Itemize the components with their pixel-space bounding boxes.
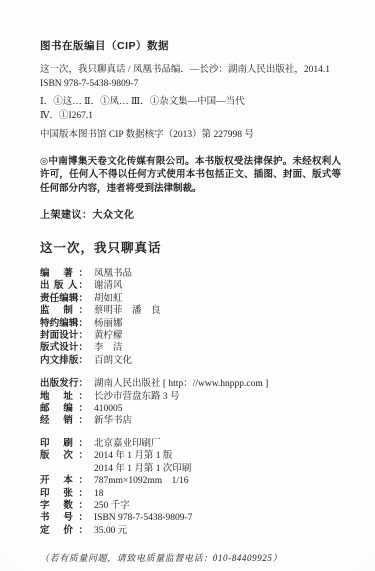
address-row: 地 址：长沙市营盘东路 3 号 bbox=[40, 391, 341, 403]
shelf-suggestion: 上架建议：大众文化 bbox=[40, 206, 341, 221]
price-label: 定 价： bbox=[40, 525, 88, 537]
printer-row: 印 刷：北京嘉业印刷厂 bbox=[40, 438, 341, 450]
publication-details: 编 著：凤凰书品 出 版 人：谢清风 责任编辑：胡如虹 监 制：蔡明菲 潘 良 … bbox=[40, 268, 341, 537]
contributing-editor-value: 杨丽娜 bbox=[94, 319, 123, 329]
cip-heading: 图书在版编目（CIP）数据 bbox=[40, 38, 341, 53]
address-value: 长沙市营盘东路 3 号 bbox=[94, 392, 180, 402]
edition-value: 2014 年 1 月第 1 版 bbox=[94, 451, 172, 461]
typesetting-row: 内文排版：百朗文化 bbox=[40, 355, 341, 367]
printing-run-value: 2014 年 1 月第 1 次印刷 bbox=[94, 464, 191, 474]
typesetting-value: 百朗文化 bbox=[94, 356, 132, 366]
isbn-value: ISBN 978-7-5438-9809-7 bbox=[94, 513, 192, 523]
cover-design-label: 封面设计： bbox=[40, 330, 88, 342]
word-count-label: 字 数： bbox=[40, 500, 88, 512]
distributor-label: 经 销： bbox=[40, 415, 88, 427]
book-colophon-page: 图书在版编目（CIP）数据 这一次，我只聊真话 / 凤凰书品编．—长沙：湖南人民… bbox=[0, 0, 375, 571]
contributing-editor-row: 特约编辑：杨丽娜 bbox=[40, 318, 341, 330]
responsible-editor-value: 胡如虹 bbox=[94, 294, 123, 304]
format-value: 787mm×1092mm 1/16 bbox=[94, 476, 189, 486]
price-row: 定 价：35.00 元 bbox=[40, 525, 341, 537]
distributor-value: 新华书店 bbox=[94, 416, 132, 426]
supervisor-row: 监 制：蔡明菲 潘 良 bbox=[40, 305, 341, 317]
copyright-notice: ◎中南博集天卷文化传媒有限公司。本书版权受法律保护。未经权利人许可，任何人不得以… bbox=[40, 155, 341, 196]
contributing-editor-label: 特约编辑： bbox=[40, 318, 88, 330]
responsible-editor-label: 责任编辑： bbox=[40, 293, 88, 305]
cip-isbn-line: ISBN 978-7-5438-9809-7 bbox=[40, 78, 341, 92]
cover-design-row: 封面设计：黄柠檬 bbox=[40, 330, 341, 342]
publisher-row: 出版发行：湖南人民出版社 [ http：//www.hnppp.com ] bbox=[40, 378, 341, 390]
layout-design-label: 版式设计： bbox=[40, 342, 88, 354]
word-count-row: 字 数：250 千字 bbox=[40, 500, 341, 512]
edition-label: 版 次： bbox=[40, 450, 88, 462]
quality-hotline-note: （若有质量问题，请致电质量监督电话：010-84409925） bbox=[40, 551, 341, 564]
sheets-value: 18 bbox=[94, 489, 104, 499]
cip-classification-line1: Ⅰ．①这… Ⅱ．①凤… Ⅲ．①杂文集—中国—当代 bbox=[40, 96, 341, 110]
layout-design-value: 李 洁 bbox=[94, 343, 123, 353]
supervisor-label: 监 制： bbox=[40, 305, 88, 317]
publisher-person-row: 出 版 人：谢清风 bbox=[40, 280, 341, 292]
publisher-group: 出版发行：湖南人民出版社 [ http：//www.hnppp.com ] 地 … bbox=[40, 378, 341, 428]
publisher-person-value: 谢清风 bbox=[94, 281, 123, 291]
postcode-label: 邮 编： bbox=[40, 403, 88, 415]
cip-title-line: 这一次，我只聊真话 / 凤凰书品编．—长沙：湖南人民出版社，2014.1 bbox=[40, 64, 341, 78]
printer-label: 印 刷： bbox=[40, 438, 88, 450]
editorial-group: 编 著：凤凰书品 出 版 人：谢清风 责任编辑：胡如虹 监 制：蔡明菲 潘 良 … bbox=[40, 268, 341, 367]
isbn-row: 书 号：ISBN 978-7-5438-9809-7 bbox=[40, 512, 341, 524]
publisher-person-label: 出 版 人： bbox=[40, 280, 88, 292]
editor-row: 编 著：凤凰书品 bbox=[40, 268, 341, 280]
sheets-label: 印 张： bbox=[40, 488, 88, 500]
editor-label: 编 著： bbox=[40, 268, 88, 280]
book-title: 这一次，我只聊真话 bbox=[40, 238, 341, 256]
format-row: 开 本：787mm×1092mm 1/16 bbox=[40, 475, 341, 487]
edition-row: 版 次：2014 年 1 月第 1 版 bbox=[40, 450, 341, 462]
printer-value: 北京嘉业印刷厂 bbox=[94, 439, 161, 449]
sheets-row: 印 张：18 bbox=[40, 488, 341, 500]
editor-value: 凤凰书品 bbox=[94, 269, 132, 279]
typesetting-label: 内文排版： bbox=[40, 355, 88, 367]
supervisor-value: 蔡明菲 潘 良 bbox=[94, 306, 161, 316]
cip-data-block: 这一次，我只聊真话 / 凤凰书品编．—长沙：湖南人民出版社，2014.1 ISB… bbox=[40, 64, 341, 143]
cover-design-value: 黄柠檬 bbox=[94, 331, 123, 341]
printing-group: 印 刷：北京嘉业印刷厂 版 次：2014 年 1 月第 1 版 2014 年 1… bbox=[40, 438, 341, 537]
address-label: 地 址： bbox=[40, 391, 88, 403]
distributor-row: 经 销：新华书店 bbox=[40, 415, 341, 427]
printing-run-row: 2014 年 1 月第 1 次印刷 bbox=[40, 463, 341, 475]
postcode-row: 邮 编：410005 bbox=[40, 403, 341, 415]
cip-classification-line2: Ⅳ．①I267.1 bbox=[40, 110, 341, 124]
format-label: 开 本： bbox=[40, 475, 88, 487]
cip-registry-line: 中国版本图书馆 CIP 数据核字（2013）第 227998 号 bbox=[40, 129, 341, 143]
price-value: 35.00 元 bbox=[94, 526, 127, 536]
word-count-value: 250 千字 bbox=[94, 501, 130, 511]
layout-design-row: 版式设计：李 洁 bbox=[40, 342, 341, 354]
isbn-label: 书 号： bbox=[40, 512, 88, 524]
postcode-value: 410005 bbox=[94, 404, 123, 414]
publisher-label: 出版发行： bbox=[40, 378, 88, 390]
responsible-editor-row: 责任编辑：胡如虹 bbox=[40, 293, 341, 305]
publisher-value: 湖南人民出版社 [ http：//www.hnppp.com ] bbox=[94, 379, 268, 389]
